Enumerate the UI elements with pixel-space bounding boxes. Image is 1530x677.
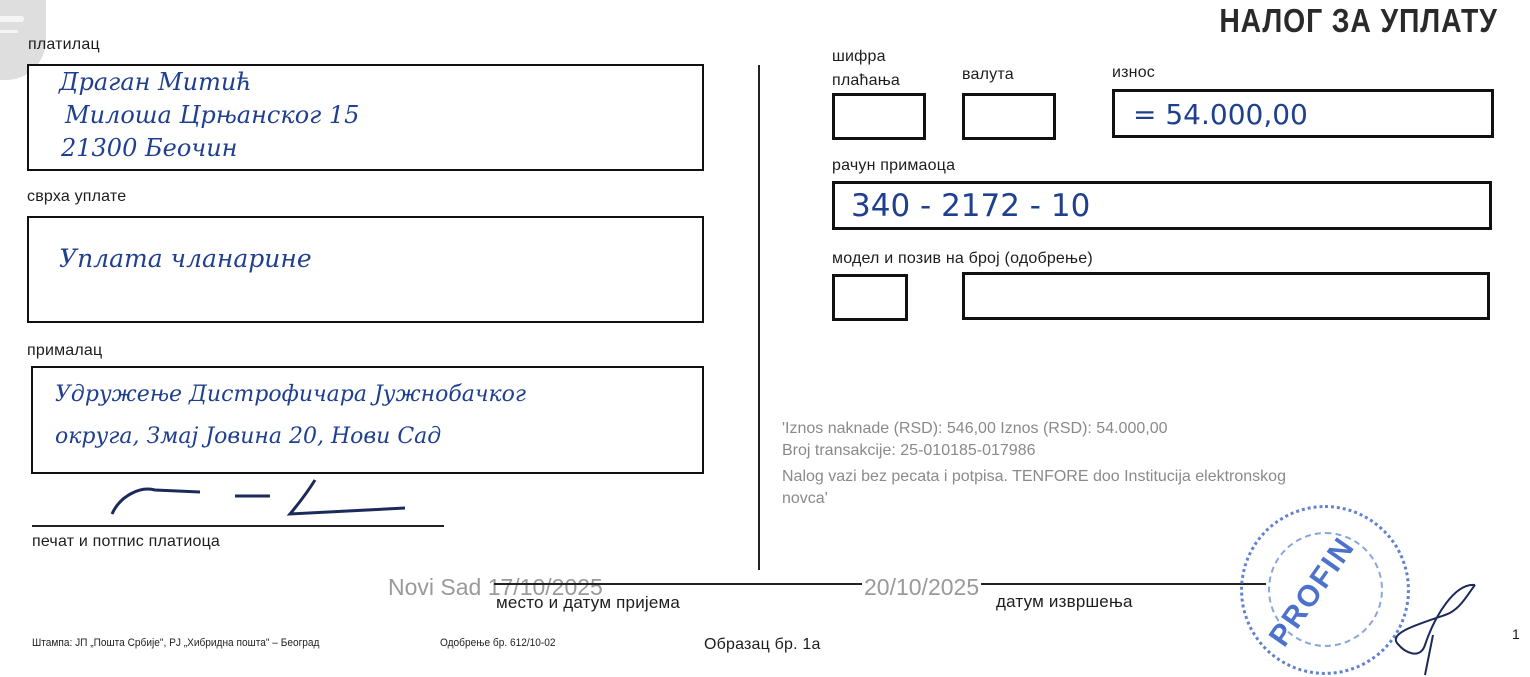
recipient-account-field[interactable]: 340 - 2172 - 10 — [832, 181, 1492, 230]
execution-label: датум извршења — [996, 592, 1133, 612]
reference-number-field[interactable] — [962, 272, 1490, 320]
currency-label: валута — [962, 66, 1014, 84]
form-number: Образац бр. 1а — [704, 636, 821, 654]
payer-signature — [100, 476, 420, 520]
payer-field[interactable]: Драган Митић Милоша Црњанског 15 21300 Б… — [27, 64, 704, 171]
purpose-label: сврха уплате — [27, 188, 126, 206]
recipient-account-value: 340 - 2172 - 10 — [851, 188, 1090, 224]
clerk-signature — [1385, 575, 1485, 677]
payer-label: платилац — [28, 36, 100, 54]
amount-value: = 54.000,00 — [1133, 98, 1308, 131]
amount-label: износ — [1112, 64, 1155, 82]
transaction-note: Broj transakcije: 25-010185-017986 — [782, 442, 1036, 460]
form-title: НАЛОГ ЗА УПЛАТУ — [1220, 2, 1498, 40]
payment-code-label-2: плаћања — [832, 72, 900, 90]
printer-note: Штампа: ЈП „Пошта Србије", РЈ „Хибридна … — [32, 637, 319, 649]
currency-field[interactable] — [962, 93, 1056, 140]
purpose-value: Уплата чланарине — [59, 244, 312, 273]
recipient-field[interactable]: Удружење Дистрофичара Јужнобачког округа… — [31, 366, 704, 474]
approval-note: Одобрење бр. 612/10-02 — [440, 637, 556, 649]
purpose-field[interactable]: Уплата чланарине — [27, 216, 704, 323]
payer-address: Милоша Црњанског 15 — [65, 101, 359, 129]
reference-model-field[interactable] — [832, 274, 908, 321]
column-divider — [758, 65, 760, 570]
execution-date: 20/10/2025 — [862, 574, 981, 601]
payer-signature-label: печат и потпис платиоца — [32, 533, 220, 551]
recipient-label: прималац — [27, 342, 102, 360]
recipient-account-label: рачун примаоца — [832, 157, 955, 175]
payment-code-label-1: шифра — [832, 48, 886, 66]
overlay-bar — [0, 30, 18, 33]
signature-line — [32, 525, 444, 527]
receipt-label: место и датум пријема — [496, 593, 680, 613]
recipient-address: округа, Змај Јовина 20, Нови Сад — [55, 424, 441, 449]
payment-code-field[interactable] — [832, 93, 926, 140]
reference-label: модел и позив на број (одобрење) — [832, 250, 1093, 268]
recipient-name: Удружење Дистрофичара Јужнобачког — [55, 382, 526, 407]
validity-note-end: novca' — [782, 490, 828, 508]
overlay-bar — [0, 16, 24, 22]
page-number: 1 — [1512, 626, 1520, 642]
amount-field[interactable]: = 54.000,00 — [1112, 89, 1494, 138]
payer-city: 21300 Беочин — [61, 134, 237, 162]
validity-note: Nalog vazi bez pecata i potpisa. TENFORE… — [782, 468, 1286, 486]
fee-note: 'Iznos naknade (RSD): 546,00 Iznos (RSD)… — [782, 420, 1167, 438]
payer-name: Драган Митић — [59, 68, 252, 96]
